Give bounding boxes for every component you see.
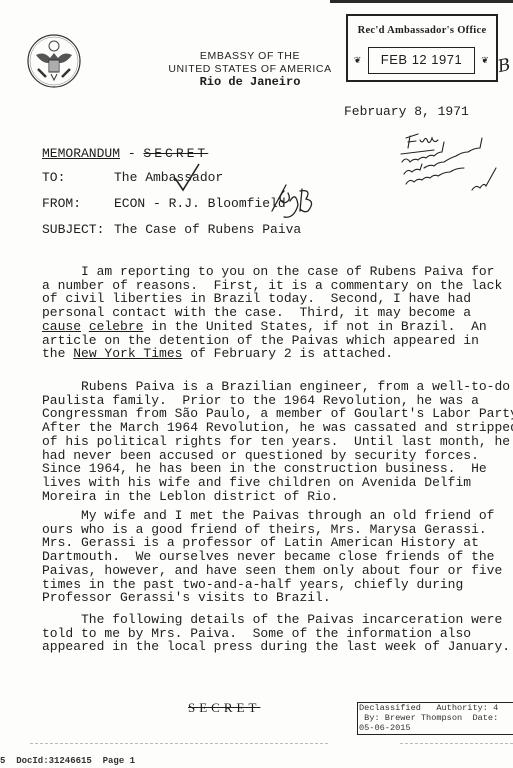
text-line: personal contact with the case. Third, i…: [42, 306, 507, 320]
text-fragment: the: [42, 346, 73, 361]
text-line: of his political rights for ten years. U…: [42, 435, 507, 449]
text-line: ours who is a good friend of theirs, Mrs…: [42, 523, 507, 537]
stamp-initial: B: [496, 55, 512, 77]
text-fragment: in the United States, if not in Brazil. …: [143, 319, 486, 334]
subject-label: SUBJECT:: [42, 222, 114, 238]
memo-separator: -: [120, 146, 143, 161]
scan-artifact: [160, 743, 330, 744]
handwritten-note: [386, 128, 511, 198]
to-label: TO:: [42, 170, 114, 186]
text-line: After the March 1964 Revolution, he was …: [42, 421, 507, 435]
ornament-icon: ❦: [481, 53, 488, 67]
text-fragment: of February 2 is attached.: [182, 346, 393, 361]
letterhead: EMBASSY OF THE UNITED STATES OF AMERICA …: [150, 50, 350, 89]
great-seal-icon: [26, 33, 82, 89]
from-label: FROM:: [42, 196, 114, 212]
subject-value: The Case of Rubens Paiva: [114, 222, 301, 237]
declass-line: By: Brewer Thompson Date:: [359, 713, 513, 723]
footer-classification-struck: SECRET: [188, 700, 260, 716]
text-line: the New York Times of February 2 is atta…: [42, 347, 507, 361]
letterhead-city: Rio de Janeiro: [150, 76, 350, 89]
stamp-date: FEB 12 1971: [368, 47, 475, 74]
text-line: Congressman from São Paulo, a member of …: [42, 407, 507, 421]
declassification-stamp: Declassified Authority: 4 By: Brewer Tho…: [357, 702, 513, 735]
paragraph-2: Rubens Paiva is a Brazilian engineer, fr…: [42, 380, 507, 503]
text-line: told to me by Mrs. Paiva. Some of the in…: [42, 627, 507, 641]
text-line: Moreira in the Leblon district of Rio.: [42, 490, 507, 504]
text-line: Paulista family. Prior to the 1964 Revol…: [42, 394, 507, 408]
text-line: I am reporting to you on the case of Rub…: [42, 265, 507, 279]
text-line: Rubens Paiva is a Brazilian engineer, fr…: [42, 380, 507, 394]
ornament-icon: ❦: [354, 53, 361, 67]
declass-line: 05-06-2015: [359, 723, 513, 733]
text-line: a number of reasons. First, it is a comm…: [42, 279, 507, 293]
text-line: Professor Gerassi's visits to Brazil.: [42, 591, 507, 605]
text-line: Paivas, however, and have seen them only…: [42, 564, 507, 578]
text-line: lives with his wife and five children on…: [42, 476, 507, 490]
classification-struck: SECRET: [143, 146, 208, 161]
paragraph-3: My wife and I met the Paivas through an …: [42, 509, 507, 605]
underlined-term: celebre: [89, 319, 144, 334]
underlined-term: cause: [42, 319, 81, 334]
memo-page: EMBASSY OF THE UNITED STATES OF AMERICA …: [0, 0, 513, 768]
text-line: cause celebre in the United States, if n…: [42, 320, 507, 334]
text-line: The following details of the Paivas inca…: [42, 613, 507, 627]
text-line: Since 1964, he has been in the construct…: [42, 462, 507, 476]
scan-edge: [330, 0, 513, 3]
declass-line: Declassified Authority: 4: [359, 703, 513, 713]
text-line: appeared in the local press during the l…: [42, 640, 507, 654]
doc-id: 5 DocId:31246615 Page 1: [0, 756, 135, 766]
text-line: of civil liberties in Brazil today. Seco…: [42, 292, 507, 306]
text-line: article on the detention of the Paivas w…: [42, 334, 507, 348]
scan-artifact: [400, 743, 513, 744]
paragraph-1: I am reporting to you on the case of Rub…: [42, 265, 507, 361]
text-line: times in the past two-and-a-half years, …: [42, 578, 507, 592]
from-value: ECON - R.J. Bloomfield: [114, 196, 286, 211]
text-line: Mrs. Gerassi is a professor of Latin Ame…: [42, 536, 507, 550]
received-stamp: Rec'd Ambassador's Office ❦ FEB 12 1971 …: [346, 14, 498, 82]
to-value: The Ambassador: [114, 170, 223, 185]
text-line: had never been accused or questioned by …: [42, 449, 507, 463]
initials-signature: [270, 181, 320, 221]
text-line: Dartmouth. We ourselves never became clo…: [42, 550, 507, 564]
memo-label: MEMORANDUM: [42, 146, 120, 161]
paragraph-4: The following details of the Paivas inca…: [42, 613, 507, 654]
stamp-title: Rec'd Ambassador's Office: [348, 25, 496, 36]
scan-artifact: [30, 743, 180, 744]
text-line: My wife and I met the Paivas through an …: [42, 509, 507, 523]
checkmark-icon: [173, 162, 201, 192]
from-line: FROM:ECON - R.J. Bloomfield: [42, 196, 286, 212]
letterhead-line1: EMBASSY OF THE: [150, 50, 350, 63]
memo-date: February 8, 1971: [344, 104, 469, 119]
memo-header: MEMORANDUM - SECRET: [42, 146, 208, 162]
subject-line: SUBJECT:The Case of Rubens Paiva: [42, 222, 301, 238]
newspaper-title: New York Times: [73, 346, 182, 361]
